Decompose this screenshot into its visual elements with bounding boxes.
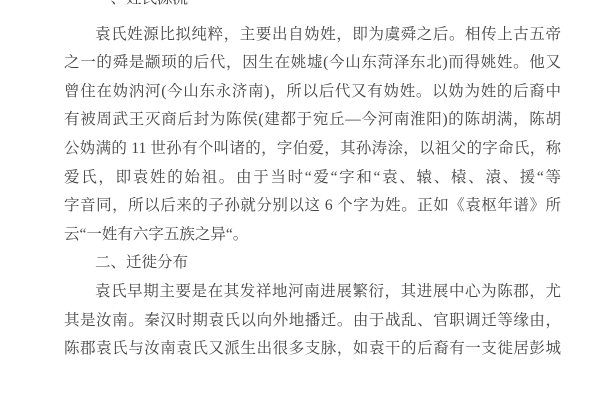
text-line: 云“一姓有六字五族之异“。: [64, 221, 561, 250]
text-line: 字音同，所以后来的子孙就分别以这 6 个字为姓。正如《袁枢年谱》所: [64, 192, 561, 221]
text-line: 有被周武王灭商后封为陈侯(建都于宛丘—今河南淮阳)的陈胡满，陈胡: [64, 106, 561, 135]
paragraph-migration-distribution: 袁氏早期主要是在其发祥地河南进展繁衍，其进展中心为陈郡，尤 其是汝南。秦汉时期袁…: [64, 278, 561, 364]
section-heading-surname-origin: 一、姓氏源流: [64, 0, 561, 14]
text-line: 其是汝南。秦汉时期袁氏以向外地播迁。由于战乱、官职调迁等缘由，: [64, 307, 561, 336]
document-page: 一、姓氏源流 袁氏姓源比拟纯粹，主要出自妫姓，即为虞舜之后。相传上古五帝 之一的…: [0, 0, 600, 400]
text-line: 袁氏姓源比拟纯粹，主要出自妫姓，即为虞舜之后。相传上古五帝: [64, 21, 561, 50]
section-heading-migration-distribution: 二、迁徙分布: [64, 249, 561, 278]
text-line: 曾住在妫汭河(今山东永济南)，所以后代又有妫姓。以妫为姓的后裔中: [64, 78, 561, 107]
paragraph-surname-origin: 袁氏姓源比拟纯粹，主要出自妫姓，即为虞舜之后。相传上古五帝 之一的舜是颛顼的后代…: [64, 21, 561, 250]
text-line: 陈郡袁氏与汝南袁氏又派生出很多支脉，如袁干的后裔有一支徙居彭城: [64, 335, 561, 364]
text-line: 爱氏，即袁姓的始祖。由于当时“爱“字和“袁、辕、榬、溒、援“等: [64, 164, 561, 193]
text-line: 袁氏早期主要是在其发祥地河南进展繁衍，其进展中心为陈郡，尤: [64, 278, 561, 307]
text-line: 之一的舜是颛顼的后代，因生在姚墟(今山东菏泽东北)而得姚姓。他又: [64, 49, 561, 78]
text-block: 一、姓氏源流 袁氏姓源比拟纯粹，主要出自妫姓，即为虞舜之后。相传上古五帝 之一的…: [64, 0, 561, 364]
text-line: 公妫满的 11 世孙有个叫诸的，字伯爱，其孙涛涂，以祖父的字命氏，称: [64, 135, 561, 164]
